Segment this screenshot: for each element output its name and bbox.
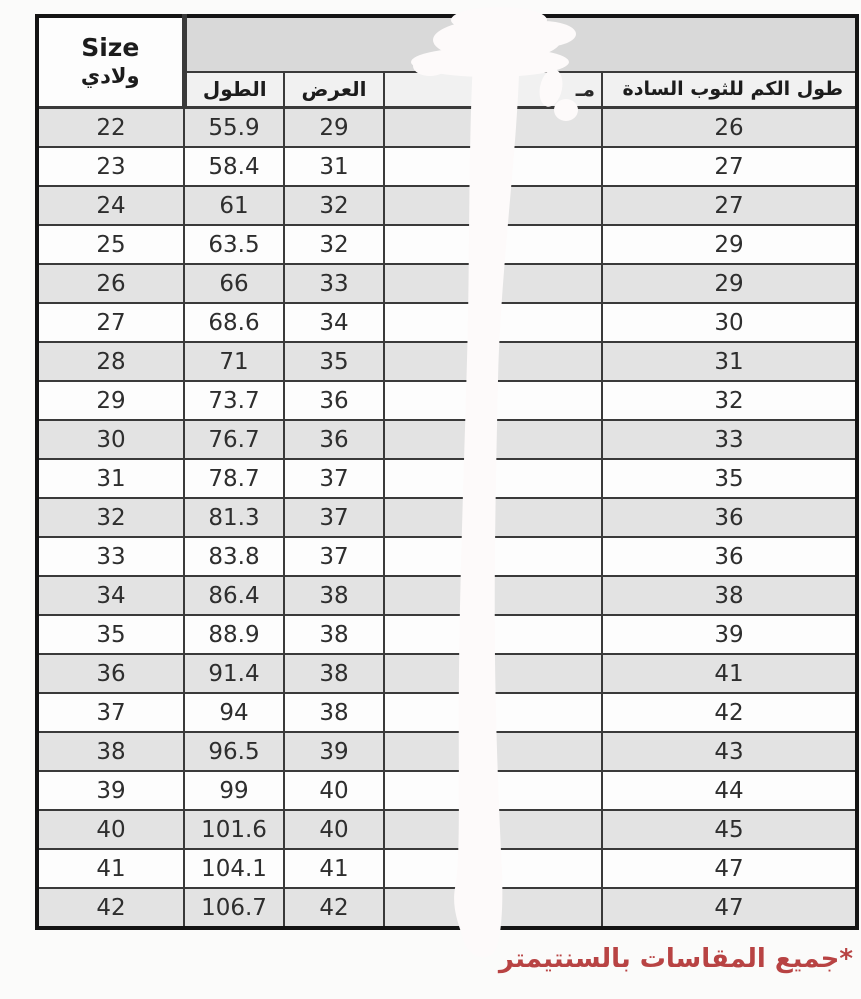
cell-covered: [384, 264, 602, 303]
cell-length: 66: [184, 264, 284, 303]
cell-length: 73.7: [184, 381, 284, 420]
cell-length: 99: [184, 771, 284, 810]
table-row: 3486.43838: [37, 576, 857, 615]
cell-sleeve: 47: [602, 888, 857, 928]
cell-size: 25: [37, 225, 184, 264]
size-column-header: Size ولادي: [37, 16, 184, 108]
cell-width: 29: [284, 108, 384, 148]
cell-width: 38: [284, 615, 384, 654]
cell-width: 31: [284, 147, 384, 186]
cell-width: 37: [284, 459, 384, 498]
header-gray-band: [184, 16, 857, 72]
cell-sleeve: 39: [602, 615, 857, 654]
table-row: 42106.74247: [37, 888, 857, 928]
cell-size: 23: [37, 147, 184, 186]
table-body: 2255.929262358.43127246132272563.5322926…: [37, 108, 857, 929]
cell-covered: [384, 342, 602, 381]
table-row: 3896.53943: [37, 732, 857, 771]
cell-covered: [384, 225, 602, 264]
cell-size: 27: [37, 303, 184, 342]
cell-size: 39: [37, 771, 184, 810]
cell-size: 36: [37, 654, 184, 693]
cell-width: 34: [284, 303, 384, 342]
cell-length: 101.6: [184, 810, 284, 849]
cell-length: 78.7: [184, 459, 284, 498]
cell-covered: [384, 693, 602, 732]
table-row: 3076.73633: [37, 420, 857, 459]
cell-sleeve: 32: [602, 381, 857, 420]
cell-covered: [384, 888, 602, 928]
cell-length: 86.4: [184, 576, 284, 615]
cell-width: 37: [284, 498, 384, 537]
cell-width: 41: [284, 849, 384, 888]
cell-size: 35: [37, 615, 184, 654]
size-header-arabic: ولادي: [39, 63, 182, 90]
cell-width: 40: [284, 810, 384, 849]
table-row: 26663329: [37, 264, 857, 303]
cell-sleeve: 29: [602, 264, 857, 303]
cell-sleeve: 36: [602, 537, 857, 576]
cell-size: 31: [37, 459, 184, 498]
table-row: 2358.43127: [37, 147, 857, 186]
column-header-length: الطول: [184, 72, 284, 108]
cell-sleeve: 36: [602, 498, 857, 537]
cell-size: 41: [37, 849, 184, 888]
cell-covered: [384, 381, 602, 420]
table-row: 37943842: [37, 693, 857, 732]
cell-length: 76.7: [184, 420, 284, 459]
table-row: 2973.73632: [37, 381, 857, 420]
cell-width: 36: [284, 381, 384, 420]
table-row: 39994044: [37, 771, 857, 810]
cell-width: 35: [284, 342, 384, 381]
cell-size: 28: [37, 342, 184, 381]
cell-length: 58.4: [184, 147, 284, 186]
cell-covered: [384, 459, 602, 498]
header-row-top: Size ولادي: [37, 16, 857, 72]
cell-length: 71: [184, 342, 284, 381]
cell-width: 38: [284, 654, 384, 693]
erased-header-remnant: مـ: [576, 77, 595, 101]
size-chart-table: Size ولادي الطول العرض مـ طول الكم للثوب…: [35, 14, 855, 930]
cell-sleeve: 27: [602, 147, 857, 186]
cell-sleeve: 29: [602, 225, 857, 264]
cell-size: 22: [37, 108, 184, 148]
table-row: 2563.53229: [37, 225, 857, 264]
cell-size: 26: [37, 264, 184, 303]
cell-width: 33: [284, 264, 384, 303]
cell-sleeve: 45: [602, 810, 857, 849]
table-row: 3383.83736: [37, 537, 857, 576]
cell-sleeve: 44: [602, 771, 857, 810]
cell-size: 30: [37, 420, 184, 459]
cell-length: 55.9: [184, 108, 284, 148]
cell-sleeve: 41: [602, 654, 857, 693]
table-row: 3178.73735: [37, 459, 857, 498]
cell-covered: [384, 303, 602, 342]
cell-length: 104.1: [184, 849, 284, 888]
cell-sleeve: 47: [602, 849, 857, 888]
cell-covered: [384, 576, 602, 615]
cell-sleeve: 31: [602, 342, 857, 381]
cell-size: 34: [37, 576, 184, 615]
table-row: 2768.63430: [37, 303, 857, 342]
cell-covered: [384, 420, 602, 459]
cell-covered: [384, 498, 602, 537]
cell-sleeve: 35: [602, 459, 857, 498]
cell-length: 96.5: [184, 732, 284, 771]
table-row: 24613227: [37, 186, 857, 225]
table-row: 2255.92926: [37, 108, 857, 148]
cell-sleeve: 27: [602, 186, 857, 225]
size-chart-page: Size ولادي الطول العرض مـ طول الكم للثوب…: [0, 0, 861, 999]
cell-length: 94: [184, 693, 284, 732]
cell-length: 91.4: [184, 654, 284, 693]
cell-sleeve: 30: [602, 303, 857, 342]
cell-size: 29: [37, 381, 184, 420]
table-row: 41104.14147: [37, 849, 857, 888]
cell-covered: [384, 810, 602, 849]
table-row: 3691.43841: [37, 654, 857, 693]
cell-covered: [384, 771, 602, 810]
column-header-sleeve: طول الكم للثوب السادة: [602, 72, 857, 108]
table-row: 28713531: [37, 342, 857, 381]
cell-covered: [384, 147, 602, 186]
cell-size: 32: [37, 498, 184, 537]
cell-length: 83.8: [184, 537, 284, 576]
cell-width: 32: [284, 225, 384, 264]
cell-width: 40: [284, 771, 384, 810]
size-table: Size ولادي الطول العرض مـ طول الكم للثوب…: [35, 14, 859, 930]
cell-size: 38: [37, 732, 184, 771]
cell-sleeve: 26: [602, 108, 857, 148]
cell-sleeve: 33: [602, 420, 857, 459]
table-row: 3588.93839: [37, 615, 857, 654]
cell-width: 36: [284, 420, 384, 459]
cell-length: 63.5: [184, 225, 284, 264]
cell-length: 88.9: [184, 615, 284, 654]
cell-size: 40: [37, 810, 184, 849]
size-header-english: Size: [39, 34, 182, 63]
cell-width: 38: [284, 576, 384, 615]
cell-covered: [384, 186, 602, 225]
column-header-width: العرض: [284, 72, 384, 108]
cell-width: 37: [284, 537, 384, 576]
cell-covered: [384, 108, 602, 148]
cell-width: 42: [284, 888, 384, 928]
cell-covered: [384, 654, 602, 693]
cell-covered: [384, 537, 602, 576]
cell-size: 42: [37, 888, 184, 928]
cell-width: 32: [284, 186, 384, 225]
cell-length: 61: [184, 186, 284, 225]
cell-length: 68.6: [184, 303, 284, 342]
cell-covered: [384, 849, 602, 888]
cell-length: 106.7: [184, 888, 284, 928]
table-row: 3281.33736: [37, 498, 857, 537]
cell-sleeve: 42: [602, 693, 857, 732]
cell-length: 81.3: [184, 498, 284, 537]
cell-width: 38: [284, 693, 384, 732]
cell-width: 39: [284, 732, 384, 771]
footer-note: *جميع المقاسات بالسنتيمتر: [499, 944, 853, 974]
cell-size: 33: [37, 537, 184, 576]
cell-sleeve: 38: [602, 576, 857, 615]
table-row: 40101.64045: [37, 810, 857, 849]
cell-size: 37: [37, 693, 184, 732]
cell-covered: [384, 732, 602, 771]
cell-covered: [384, 615, 602, 654]
cell-size: 24: [37, 186, 184, 225]
column-header-covered: مـ: [384, 72, 602, 108]
cell-sleeve: 43: [602, 732, 857, 771]
